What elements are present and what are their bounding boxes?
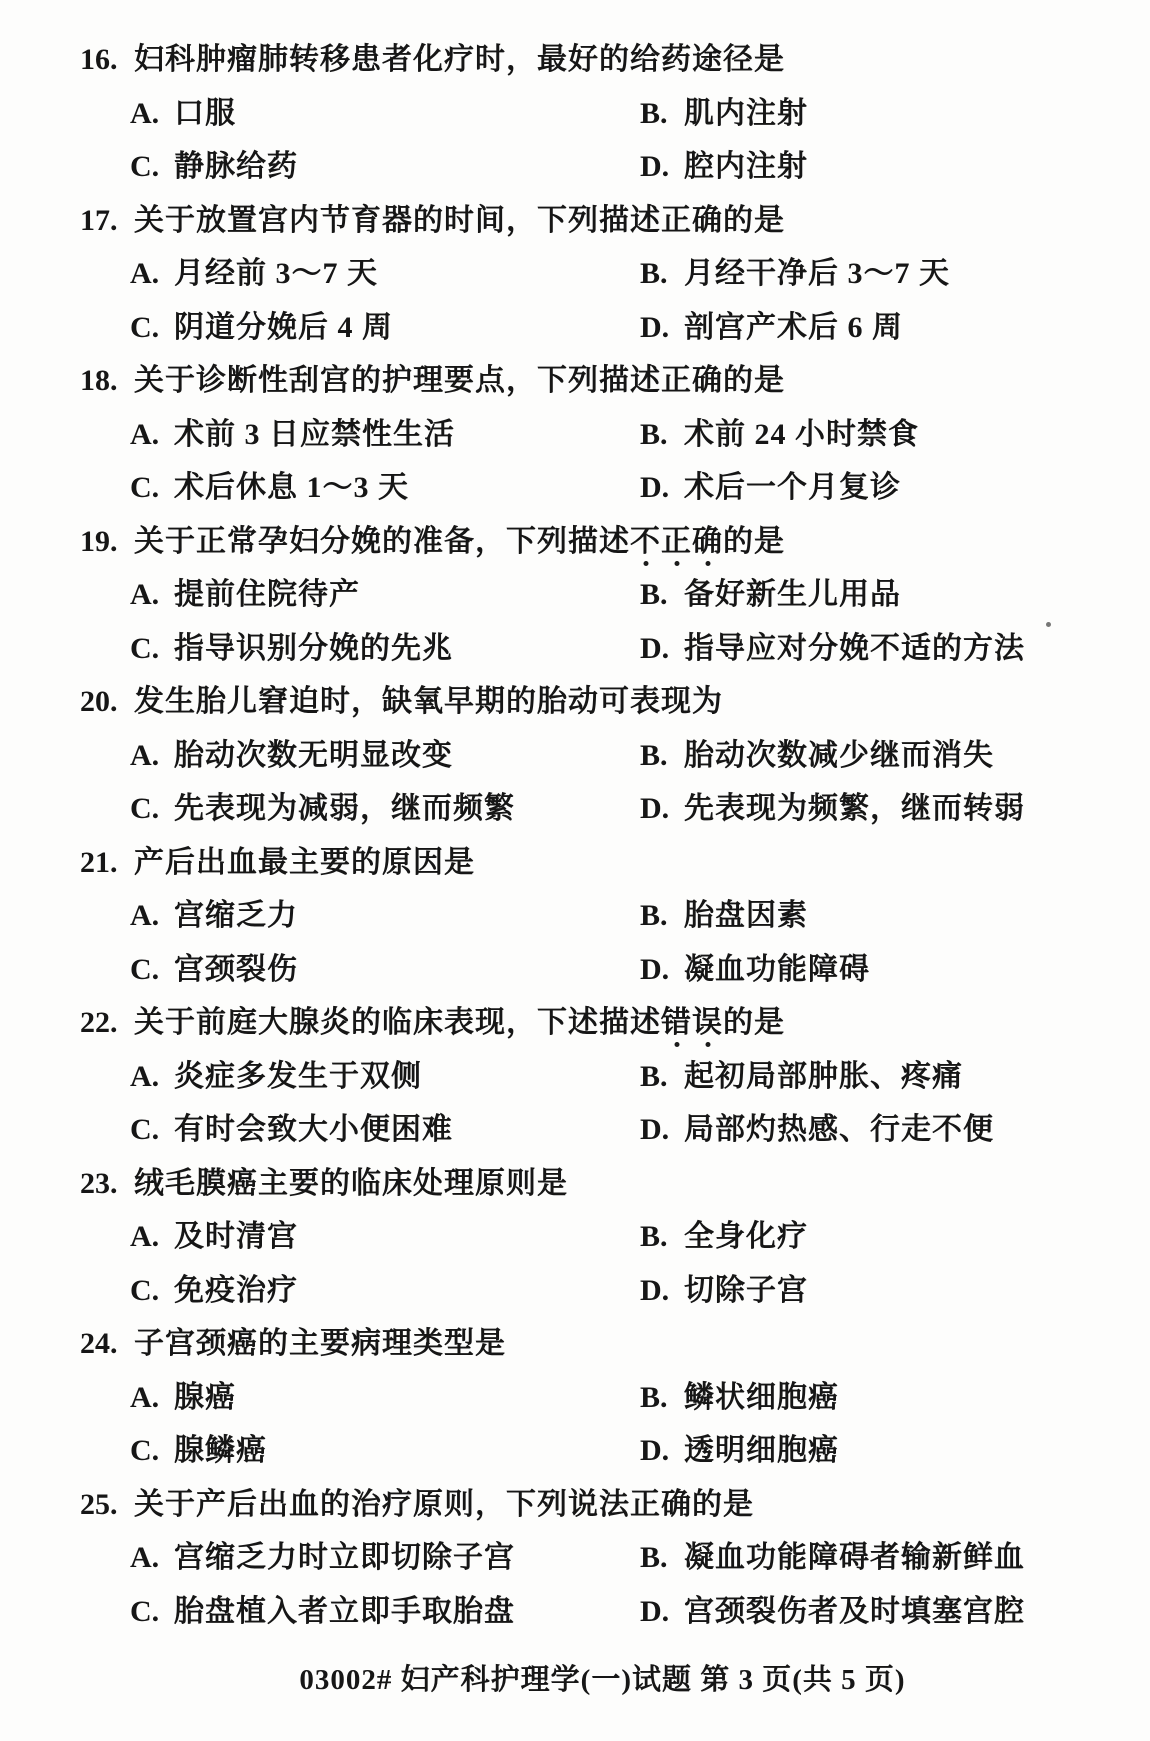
emphasized-char: 正: [661, 524, 692, 560]
option-c: C.腺鳞癌: [130, 1433, 640, 1487]
scan-speck: [1046, 622, 1051, 627]
option-label: D.: [640, 1433, 684, 1487]
question-stem: 绒毛膜癌主要的临床处理原则是: [134, 1166, 568, 1202]
question-list: 16.妇科肿瘤肺转移患者化疗时，最好的给药途径是A.口服B.肌内注射C.静脉给药…: [0, 42, 1150, 1647]
options-grid: A.提前住院待产B.备好新生儿用品C.指导识别分娩的先兆D.指导应对分娩不适的方…: [0, 577, 1150, 684]
question-block: 22.关于前庭大腺炎的临床表现，下述描述错误的是A.炎症多发生于双侧B.起初局部…: [0, 1005, 1150, 1166]
option-text: 提前住院待产: [174, 577, 360, 631]
option-label: C.: [130, 791, 174, 845]
option-label: B.: [640, 738, 684, 792]
option-text: 胎盘植入者立即手取胎盘: [174, 1594, 515, 1648]
option-label: C.: [130, 631, 174, 685]
question-number: 19.: [80, 524, 134, 560]
options-grid: A.腺癌B.鳞状细胞癌C.腺鳞癌D.透明细胞癌: [0, 1380, 1150, 1487]
option-text: 月经前 3～7 天: [174, 256, 378, 310]
emphasized-char: 确: [692, 524, 723, 560]
option-c: C.静脉给药: [130, 149, 640, 203]
question-number: 23.: [80, 1166, 134, 1202]
footer-text: 03002# 妇产科护理学(一)试题 第 3 页(共 5 页): [299, 1664, 905, 1696]
option-label: D.: [640, 952, 684, 1006]
option-d: D.剖宫产术后 6 周: [640, 310, 1150, 364]
option-label: C.: [130, 1594, 174, 1648]
question-stem: 子宫颈癌的主要病理类型是: [134, 1326, 506, 1362]
option-d: D.凝血功能障碍: [640, 952, 1150, 1006]
option-text: 术后休息 1～3 天: [174, 470, 409, 524]
option-b: B.胎动次数减少继而消失: [640, 738, 1150, 792]
option-label: B.: [640, 417, 684, 471]
question-stem: 发生胎儿窘迫时，缺氧早期的胎动可表现为: [134, 684, 723, 720]
emphasized-char: 错: [661, 1005, 692, 1041]
question-number: 18.: [80, 363, 134, 399]
option-d: D.宫颈裂伤者及时填塞宫腔: [640, 1594, 1150, 1648]
options-grid: A.月经前 3～7 天B.月经干净后 3～7 天C.阴道分娩后 4 周D.剖宫产…: [0, 256, 1150, 363]
option-a: A.宫缩乏力: [130, 898, 640, 952]
option-text: 宫颈裂伤: [174, 952, 298, 1006]
question-stem: 关于放置宫内节育器的时间，下列描述正确的是: [134, 203, 785, 239]
option-text: 凝血功能障碍: [684, 952, 870, 1006]
question-stem-row: 16.妇科肿瘤肺转移患者化疗时，最好的给药途径是: [0, 42, 1150, 96]
option-label: A.: [130, 256, 174, 310]
option-label: D.: [640, 310, 684, 364]
option-text: 胎盘因素: [684, 898, 808, 952]
question-stem-row: 22.关于前庭大腺炎的临床表现，下述描述错误的是: [0, 1005, 1150, 1059]
options-grid: A.宫缩乏力B.胎盘因素C.宫颈裂伤D.凝血功能障碍: [0, 898, 1150, 1005]
option-a: A.提前住院待产: [130, 577, 640, 631]
option-a: A.月经前 3～7 天: [130, 256, 640, 310]
option-label: B.: [640, 1219, 684, 1273]
question-stem-row: 20.发生胎儿窘迫时，缺氧早期的胎动可表现为: [0, 684, 1150, 738]
option-text: 及时清宫: [174, 1219, 298, 1273]
options-grid: A.口服B.肌内注射C.静脉给药D.腔内注射: [0, 96, 1150, 203]
option-b: B.起初局部肿胀、疼痛: [640, 1059, 1150, 1113]
options-grid: A.宫缩乏力时立即切除子宫B.凝血功能障碍者输新鲜血C.胎盘植入者立即手取胎盘D…: [0, 1540, 1150, 1647]
option-text: 胎动次数减少继而消失: [684, 738, 994, 792]
question-number: 22.: [80, 1005, 134, 1041]
option-text: 宫缩乏力: [174, 898, 298, 952]
page-footer: 03002# 妇产科护理学(一)试题 第 3 页(共 5 页): [0, 1662, 1150, 1698]
option-text: 术前 24 小时禁食: [684, 417, 919, 471]
option-c: C.先表现为减弱，继而频繁: [130, 791, 640, 845]
option-label: D.: [640, 1594, 684, 1648]
option-d: D.透明细胞癌: [640, 1433, 1150, 1487]
question-stem-row: 25.关于产后出血的治疗原则，下列说法正确的是: [0, 1487, 1150, 1541]
exam-page-scan: 16.妇科肿瘤肺转移患者化疗时，最好的给药途径是A.口服B.肌内注射C.静脉给药…: [0, 0, 1150, 1741]
option-label: B.: [640, 1059, 684, 1113]
option-a: A.及时清宫: [130, 1219, 640, 1273]
option-text: 全身化疗: [684, 1219, 808, 1273]
option-label: D.: [640, 631, 684, 685]
option-label: A.: [130, 96, 174, 150]
option-text: 肌内注射: [684, 96, 808, 150]
option-text: 宫颈裂伤者及时填塞宫腔: [684, 1594, 1025, 1648]
option-d: D.先表现为频繁，继而转弱: [640, 791, 1150, 845]
option-text: 口服: [174, 96, 236, 150]
option-label: C.: [130, 1112, 174, 1166]
question-block: 16.妇科肿瘤肺转移患者化疗时，最好的给药途径是A.口服B.肌内注射C.静脉给药…: [0, 42, 1150, 203]
option-d: D.切除子宫: [640, 1273, 1150, 1327]
option-text: 腺鳞癌: [174, 1433, 267, 1487]
question-stem: 妇科肿瘤肺转移患者化疗时，最好的给药途径是: [134, 42, 785, 78]
option-label: C.: [130, 470, 174, 524]
option-c: C.宫颈裂伤: [130, 952, 640, 1006]
option-text: 月经干净后 3～7 天: [684, 256, 950, 310]
option-b: B.术前 24 小时禁食: [640, 417, 1150, 471]
question-number: 20.: [80, 684, 134, 720]
question-block: 18.关于诊断性刮宫的护理要点，下列描述正确的是A.术前 3 日应禁性生活B.术…: [0, 363, 1150, 524]
option-label: D.: [640, 791, 684, 845]
option-a: A.宫缩乏力时立即切除子宫: [130, 1540, 640, 1594]
option-label: A.: [130, 898, 174, 952]
option-label: A.: [130, 577, 174, 631]
option-a: A.炎症多发生于双侧: [130, 1059, 640, 1113]
question-number: 24.: [80, 1326, 134, 1362]
question-block: 24.子宫颈癌的主要病理类型是A.腺癌B.鳞状细胞癌C.腺鳞癌D.透明细胞癌: [0, 1326, 1150, 1487]
option-label: C.: [130, 952, 174, 1006]
option-text: 剖宫产术后 6 周: [684, 310, 903, 364]
option-text: 指导应对分娩不适的方法: [684, 631, 1025, 685]
option-text: 局部灼热感、行走不便: [684, 1112, 994, 1166]
question-block: 19.关于正常孕妇分娩的准备，下列描述不正确的是A.提前住院待产B.备好新生儿用…: [0, 524, 1150, 685]
option-c: C.有时会致大小便困难: [130, 1112, 640, 1166]
question-block: 21.产后出血最主要的原因是A.宫缩乏力B.胎盘因素C.宫颈裂伤D.凝血功能障碍: [0, 845, 1150, 1006]
option-b: B.凝血功能障碍者输新鲜血: [640, 1540, 1150, 1594]
options-grid: A.及时清宫B.全身化疗C.免疫治疗D.切除子宫: [0, 1219, 1150, 1326]
options-grid: A.术前 3 日应禁性生活B.术前 24 小时禁食C.术后休息 1～3 天D.术…: [0, 417, 1150, 524]
option-d: D.局部灼热感、行走不便: [640, 1112, 1150, 1166]
option-text: 备好新生儿用品: [684, 577, 901, 631]
option-text: 指导识别分娩的先兆: [174, 631, 453, 685]
option-b: B.鳞状细胞癌: [640, 1380, 1150, 1434]
option-text: 有时会致大小便困难: [174, 1112, 453, 1166]
option-text: 透明细胞癌: [684, 1433, 839, 1487]
question-stem-row: 19.关于正常孕妇分娩的准备，下列描述不正确的是: [0, 524, 1150, 578]
option-a: A.术前 3 日应禁性生活: [130, 417, 640, 471]
option-label: B.: [640, 898, 684, 952]
option-text: 术后一个月复诊: [684, 470, 901, 524]
option-label: C.: [130, 310, 174, 364]
option-label: A.: [130, 1380, 174, 1434]
question-stem-row: 24.子宫颈癌的主要病理类型是: [0, 1326, 1150, 1380]
option-text: 切除子宫: [684, 1273, 808, 1327]
emphasized-char: 不: [630, 524, 661, 560]
options-grid: A.胎动次数无明显改变B.胎动次数减少继而消失C.先表现为减弱，继而频繁D.先表…: [0, 738, 1150, 845]
option-text: 先表现为频繁，继而转弱: [684, 791, 1025, 845]
option-text: 腺癌: [174, 1380, 236, 1434]
question-stem: 产后出血最主要的原因是: [134, 845, 475, 881]
option-d: D.腔内注射: [640, 149, 1150, 203]
option-text: 阴道分娩后 4 周: [174, 310, 393, 364]
option-text: 炎症多发生于双侧: [174, 1059, 422, 1113]
question-number: 16.: [80, 42, 134, 78]
question-stem-row: 21.产后出血最主要的原因是: [0, 845, 1150, 899]
option-b: B.肌内注射: [640, 96, 1150, 150]
option-d: D.指导应对分娩不适的方法: [640, 631, 1150, 685]
question-stem: 关于产后出血的治疗原则，下列说法正确的是: [134, 1487, 754, 1523]
option-label: B.: [640, 1380, 684, 1434]
question-block: 23.绒毛膜癌主要的临床处理原则是A.及时清宫B.全身化疗C.免疫治疗D.切除子…: [0, 1166, 1150, 1327]
option-b: B.全身化疗: [640, 1219, 1150, 1273]
option-text: 免疫治疗: [174, 1273, 298, 1327]
question-number: 21.: [80, 845, 134, 881]
option-d: D.术后一个月复诊: [640, 470, 1150, 524]
option-label: D.: [640, 1112, 684, 1166]
option-label: D.: [640, 149, 684, 203]
question-stem-row: 23.绒毛膜癌主要的临床处理原则是: [0, 1166, 1150, 1220]
question-block: 17.关于放置宫内节育器的时间，下列描述正确的是A.月经前 3～7 天B.月经干…: [0, 203, 1150, 364]
question-number: 17.: [80, 203, 134, 239]
question-block: 25.关于产后出血的治疗原则，下列说法正确的是A.宫缩乏力时立即切除子宫B.凝血…: [0, 1487, 1150, 1648]
option-label: D.: [640, 1273, 684, 1327]
option-label: B.: [640, 96, 684, 150]
option-a: A.胎动次数无明显改变: [130, 738, 640, 792]
option-label: C.: [130, 149, 174, 203]
options-grid: A.炎症多发生于双侧B.起初局部肿胀、疼痛C.有时会致大小便困难D.局部灼热感、…: [0, 1059, 1150, 1166]
option-label: A.: [130, 1219, 174, 1273]
option-label: A.: [130, 738, 174, 792]
question-block: 20.发生胎儿窘迫时，缺氧早期的胎动可表现为A.胎动次数无明显改变B.胎动次数减…: [0, 684, 1150, 845]
option-b: B.胎盘因素: [640, 898, 1150, 952]
question-stem: 关于诊断性刮宫的护理要点，下列描述正确的是: [134, 363, 785, 399]
option-label: C.: [130, 1273, 174, 1327]
option-c: C.指导识别分娩的先兆: [130, 631, 640, 685]
option-b: B.月经干净后 3～7 天: [640, 256, 1150, 310]
option-label: B.: [640, 256, 684, 310]
option-c: C.免疫治疗: [130, 1273, 640, 1327]
question-stem-row: 18.关于诊断性刮宫的护理要点，下列描述正确的是: [0, 363, 1150, 417]
option-text: 腔内注射: [684, 149, 808, 203]
question-stem-row: 17.关于放置宫内节育器的时间，下列描述正确的是: [0, 203, 1150, 257]
emphasized-char: 误: [692, 1005, 723, 1041]
option-label: B.: [640, 577, 684, 631]
option-text: 术前 3 日应禁性生活: [174, 417, 455, 471]
option-text: 起初局部肿胀、疼痛: [684, 1059, 963, 1113]
option-c: C.胎盘植入者立即手取胎盘: [130, 1594, 640, 1648]
option-label: D.: [640, 470, 684, 524]
question-stem: 关于前庭大腺炎的临床表现，下述描述错误的是: [134, 1005, 785, 1041]
option-text: 静脉给药: [174, 149, 298, 203]
option-text: 宫缩乏力时立即切除子宫: [174, 1540, 515, 1594]
option-text: 胎动次数无明显改变: [174, 738, 453, 792]
option-c: C.术后休息 1～3 天: [130, 470, 640, 524]
question-stem: 关于正常孕妇分娩的准备，下列描述不正确的是: [134, 524, 785, 560]
option-text: 鳞状细胞癌: [684, 1380, 839, 1434]
option-a: A.口服: [130, 96, 640, 150]
question-number: 25.: [80, 1487, 134, 1523]
option-label: B.: [640, 1540, 684, 1594]
option-b: B.备好新生儿用品: [640, 577, 1150, 631]
option-text: 先表现为减弱，继而频繁: [174, 791, 515, 845]
option-label: A.: [130, 1540, 174, 1594]
option-a: A.腺癌: [130, 1380, 640, 1434]
option-label: A.: [130, 417, 174, 471]
option-label: A.: [130, 1059, 174, 1113]
option-c: C.阴道分娩后 4 周: [130, 310, 640, 364]
option-text: 凝血功能障碍者输新鲜血: [684, 1540, 1025, 1594]
option-label: C.: [130, 1433, 174, 1487]
